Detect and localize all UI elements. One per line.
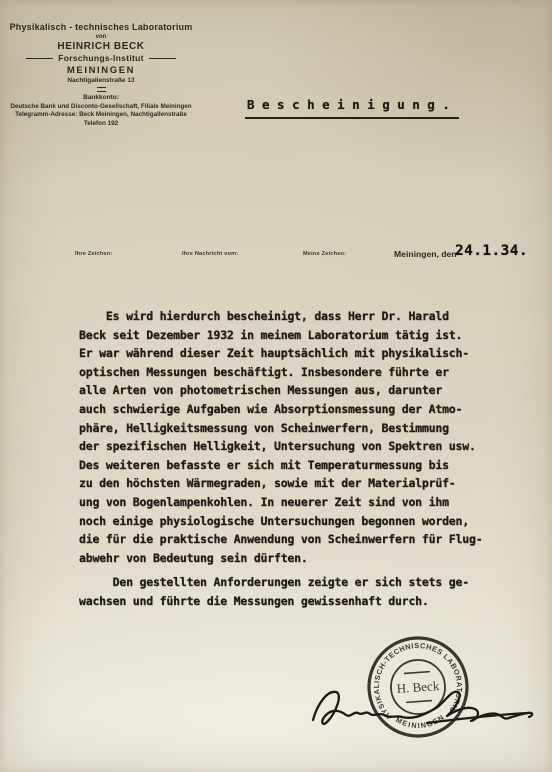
letterhead-street: Nachtigallenstraße 13 [4,77,198,84]
letterhead-institute-line: Forschungs-Institut [4,53,198,63]
letterhead-von: von [4,34,198,40]
letterhead-phone-line: Telefon 192 [4,120,198,127]
body-line: Es wird hierdurch bescheinigt, dass Herr… [79,307,482,326]
letterhead-bank-label: Bankkonto: [4,94,198,101]
scanned-document: Physikalisch - technisches Laboratorium … [0,0,552,772]
body-line: wachsen und führte die Messungen gewisse… [79,592,482,611]
body-line: phäre, Helligkeitsmessung von Scheinwerf… [79,419,482,438]
letterhead: Physikalisch - technisches Laboratorium … [4,22,198,127]
ihre-zeichen-label: Ihre Zeichen: [75,251,112,257]
letterhead-bank-line: Deutsche Bank und Disconto-Gesellschaft,… [4,103,198,110]
right-rule [149,58,176,59]
body-line: zu den höchsten Wärmegraden, sowie mit d… [79,474,482,493]
body-line: Des weiteren befasste er sich mit Temper… [79,456,482,475]
body-line: auch schwierige Aufgaben wie Absorptions… [79,400,482,419]
body-text: Es wird hierdurch bescheinigt, dass Herr… [79,307,482,611]
ihre-nachricht-label: Ihre Nachricht vom: [182,251,238,257]
signature-stroke-right [402,692,528,721]
left-rule [26,58,53,59]
body-line: Er war während dieser Zeit hauptsächlich… [79,344,482,363]
body-line: noch einige physiologische Untersuchunge… [79,512,482,531]
letterhead-telegram-line: Telegramm-Adresse: Beck Meiningen, Nacht… [4,111,198,118]
document-title: Bescheinigung. [245,97,459,119]
meine-zeichen-label: Meine Zeichen: [303,251,346,257]
letterhead-city: MEININGEN [4,65,198,76]
signature-flourish [427,713,532,723]
letterhead-institute-label: Forschungs-Institut [58,53,144,63]
typed-date: 24.1.34. [455,243,528,259]
signature-stroke-left [313,692,402,724]
body-line: optischen Messungen beschäftigt. Insbeso… [79,363,482,382]
body-line: der spezifischen Helligkeit, Untersuchun… [79,437,482,456]
body-line: die für die praktische Anwendung von Sch… [79,530,482,549]
signature [300,670,545,740]
body-line: Beck seit Dezember 1932 in meinem Labora… [79,326,482,345]
letterhead-laboratory-line: Physikalisch - technisches Laboratorium [4,22,198,32]
body-line: ung von Bogenlampenkohlen. In neuerer Ze… [79,493,482,512]
letterhead-divider [97,87,106,92]
letterhead-owner-name: HEINRICH BECK [4,41,198,52]
body-line: Den gestellten Anforderungen zeigte er s… [79,573,482,592]
body-line: abwehr von Bedeutung sein dürften. [79,549,482,568]
place-date-label: Meiningen, den [394,249,457,259]
body-line: alle Arten von photometrischen Messungen… [79,381,482,400]
